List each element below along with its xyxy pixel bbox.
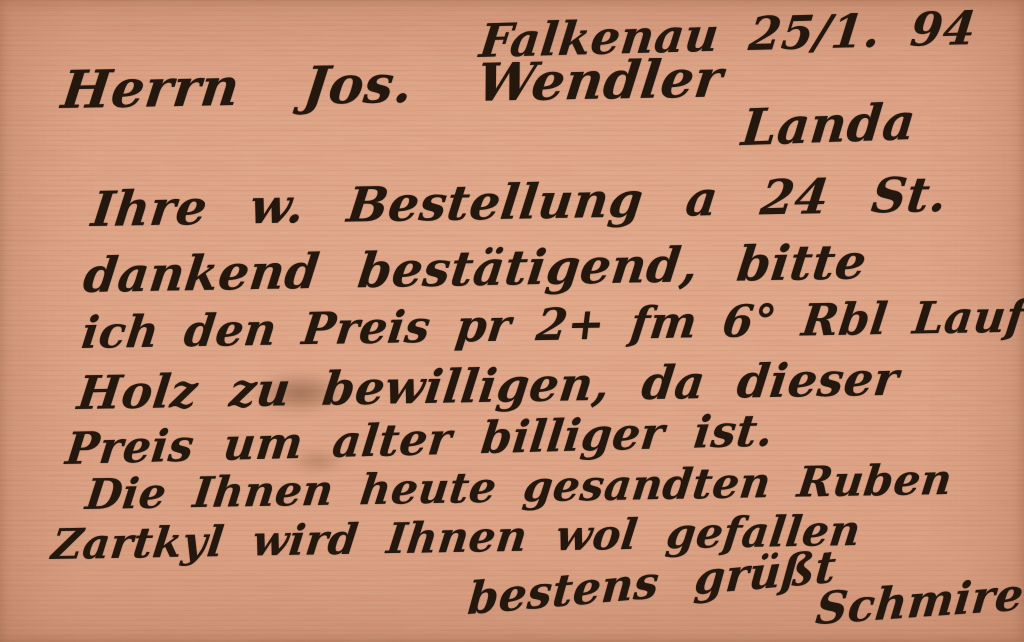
body-line: Holz zu bewilligen, da dieser [75,352,902,420]
recipient-line: Herrn Jos. Wendler [58,48,726,121]
postcard: Falkenau 25/1. 94 Herrn Jos. Wendler Lan… [0,0,1024,642]
body-line: dankend bestätigend, bitte [81,234,870,304]
body-line: Ihre w. Bestellung a 24 St. [89,167,951,238]
place-line: Landa [739,92,919,157]
signature: Schmirer [813,568,1024,636]
